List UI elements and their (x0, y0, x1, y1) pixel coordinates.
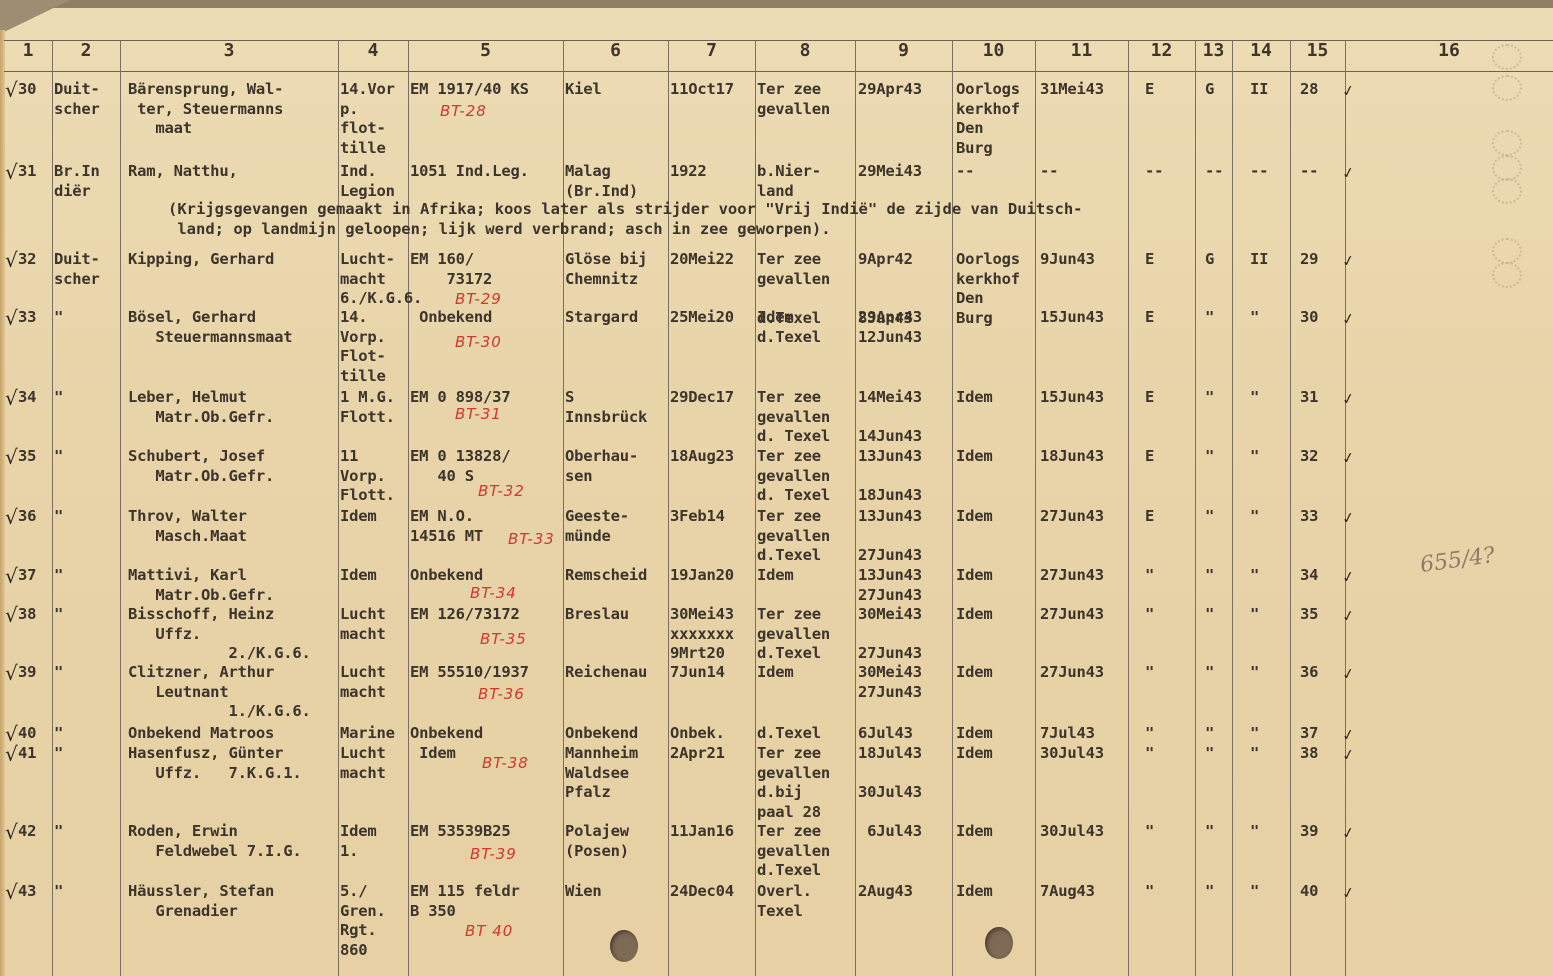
col-14: " (1250, 724, 1259, 744)
burial-place: Idem (956, 507, 993, 527)
col-12: " (1145, 663, 1154, 683)
birthplace: Geeste- münde (565, 507, 629, 546)
birthdate: 29Dec17 (670, 388, 734, 408)
unit: Ind. Legion (340, 162, 395, 201)
column-header-4: 4 (338, 40, 408, 61)
stain-mark (1492, 262, 1522, 288)
bt-annotation: BT-30 (455, 333, 502, 351)
row-number: 41 (18, 744, 36, 764)
birthdate: 20Mei22 (670, 250, 734, 270)
grave-number: 39 (1300, 822, 1318, 842)
id-tag: EM 53539B25 (410, 822, 510, 842)
col-14: " (1250, 663, 1259, 683)
checkmark-icon: √ (5, 820, 18, 844)
id-tag: Idem (410, 744, 456, 764)
stain-mark (1492, 75, 1522, 101)
checkmark-icon: √ (5, 661, 18, 685)
burial-date: 30Jul43 (1040, 822, 1104, 842)
cause-of-death: Idem (757, 566, 794, 586)
unit: Lucht macht (340, 663, 386, 702)
column-rule (563, 40, 564, 976)
id-tag: Onbekend (410, 566, 483, 586)
row-number: 32 (18, 250, 36, 270)
burial-date: 27Jun43 (1040, 566, 1104, 586)
bt-annotation: BT-39 (470, 845, 517, 863)
column-header-5: 5 (408, 40, 563, 61)
nationality: " (54, 744, 63, 764)
grave-number: 37 (1300, 724, 1318, 744)
id-tag: EM 126/73172 (410, 605, 520, 625)
grave-number: 36 (1300, 663, 1318, 683)
unit: 5./ Gren. Rgt. 860 (340, 882, 386, 960)
birthdate: 1922 (670, 162, 707, 182)
nationality: " (54, 605, 63, 625)
birthdate: 19Jan20 (670, 566, 734, 586)
row-number: 30 (18, 80, 36, 100)
bt-annotation: BT-38 (482, 754, 529, 772)
checkmark-icon: √ (5, 248, 18, 272)
nationality: " (54, 822, 63, 842)
cause-of-death: Ter zee gevallen d.Texel (757, 822, 830, 881)
column-header-15: 15 (1290, 40, 1345, 61)
col-14: " (1250, 566, 1259, 586)
date-found: 2Aug43 (858, 882, 913, 902)
col-12: E (1145, 388, 1154, 408)
cause-of-death: Ter zee gevallen d. Texel (757, 447, 830, 506)
col-12: " (1145, 566, 1154, 586)
col-12: E (1145, 80, 1154, 100)
row-number: 43 (18, 882, 36, 902)
checkmark-icon: √ (5, 386, 18, 410)
nationality: " (54, 388, 63, 408)
bt-annotation: BT-35 (480, 630, 527, 648)
bt-annotation: BT-36 (478, 685, 525, 703)
col-14: " (1250, 388, 1259, 408)
col-14: " (1250, 605, 1259, 625)
birthdate: 2Apr21 (670, 744, 725, 764)
col-12: " (1145, 882, 1154, 902)
burial-date: 18Jun43 (1040, 447, 1104, 467)
scanner-background (0, 0, 1553, 8)
col-12: E (1145, 447, 1154, 467)
nationality: Duit- scher (54, 250, 100, 289)
unit: Idem (340, 507, 377, 527)
date-found: 30Mei43 27Jun43 (858, 663, 922, 702)
cause-of-death: d.Texel (757, 724, 821, 744)
cause-of-death: Ter zee gevallen (757, 80, 830, 119)
column-rule (755, 40, 756, 976)
name-rank: Bösel, Gerhard Steuermannsmaat (128, 308, 292, 347)
column-header-3: 3 (120, 40, 338, 61)
grave-number: 31 (1300, 388, 1318, 408)
column-header-1: 1 (4, 40, 52, 61)
burial-date: 7Aug43 (1040, 882, 1095, 902)
birthplace: Oberhau- sen (565, 447, 638, 486)
nationality: " (54, 882, 63, 902)
col-14: II (1250, 250, 1268, 270)
nationality: " (54, 566, 63, 586)
burial-place: Idem (956, 744, 993, 764)
col-13: " (1205, 308, 1214, 328)
id-tag: EM N.O. 14516 MT (410, 507, 483, 546)
stain-mark (1492, 238, 1522, 264)
nationality: Duit- scher (54, 80, 100, 119)
name-rank: Kipping, Gerhard (128, 250, 274, 270)
burial-place: Oorlogs kerkhof Den Burg (956, 250, 1020, 328)
id-tag: 1051 Ind.Leg. (410, 162, 529, 182)
birthdate: 3Feb14 (670, 507, 725, 527)
bt-annotation: BT-34 (470, 584, 517, 602)
checkmark-icon: √ (5, 505, 18, 529)
birthplace: Onbekend (565, 724, 638, 744)
col-12: E (1145, 507, 1154, 527)
column-header-2: 2 (52, 40, 120, 61)
date-found: 13Jun43 18Jun43 (858, 447, 922, 506)
col-13: " (1205, 388, 1214, 408)
column-rule (855, 40, 856, 976)
birthplace: Kiel (565, 80, 602, 100)
cause-of-death: Ter zee gevallen d.Texel (757, 507, 830, 566)
name-rank: Bisschoff, Heinz Uffz. 2./K.G.6. (128, 605, 311, 664)
name-rank: Leber, Helmut Matr.Ob.Gefr. (128, 388, 274, 427)
column-rule (1128, 40, 1129, 976)
birthplace: Remscheid (565, 566, 647, 586)
bt-annotation: BT 40 (465, 922, 513, 940)
birthdate: 18Aug23 (670, 447, 734, 467)
burial-date: 7Jul43 (1040, 724, 1095, 744)
name-rank: Mattivi, Karl Matr.Ob.Gefr. (128, 566, 274, 605)
burial-place: Idem (956, 822, 993, 842)
birthplace: Reichenau (565, 663, 647, 683)
col-12: " (1145, 744, 1154, 764)
unit: 1 M.G. Flott. (340, 388, 395, 427)
col-13: " (1205, 507, 1214, 527)
unit: 11 Vorp. Flott. (340, 447, 395, 506)
stain-mark (1492, 178, 1522, 204)
date-found: 29Apr43 12Jun43 (858, 308, 922, 347)
birthdate: 25Mei20 (670, 308, 734, 328)
bt-annotation: BT-33 (508, 530, 555, 548)
bt-annotation: BT-28 (440, 102, 487, 120)
col-13: " (1205, 882, 1214, 902)
col-13: -- (1205, 162, 1223, 182)
cause-of-death: Ter zee gevallen d.bij paal 28 (757, 744, 830, 822)
birthplace: Stargard (565, 308, 638, 328)
name-rank: Schubert, Josef Matr.Ob.Gefr. (128, 447, 274, 486)
id-tag: EM 115 feldr B 350 (410, 882, 520, 921)
col-12: " (1145, 605, 1154, 625)
grave-number: 33 (1300, 507, 1318, 527)
row-number: 33 (18, 308, 36, 328)
cause-of-death: Overl. Texel (757, 882, 812, 921)
col-13: " (1205, 724, 1214, 744)
col-14: II (1250, 80, 1268, 100)
date-found: 18Jul43 30Jul43 (858, 744, 922, 803)
cause-of-death: Idem d.Texel (757, 308, 821, 347)
column-rule (1035, 40, 1036, 976)
grave-number: 40 (1300, 882, 1318, 902)
name-rank: Throv, Walter Masch.Maat (128, 507, 247, 546)
col-13: " (1205, 566, 1214, 586)
column-header-13: 13 (1195, 40, 1232, 61)
col-14: " (1250, 882, 1259, 902)
column-header-11: 11 (1035, 40, 1128, 61)
grave-number: 34 (1300, 566, 1318, 586)
birthdate: 24Dec04 (670, 882, 734, 902)
burial-date: 31Mei43 (1040, 80, 1104, 100)
unit: Idem 1. (340, 822, 377, 861)
grave-number: 29 (1300, 250, 1318, 270)
col-14: " (1250, 308, 1259, 328)
date-found: 13Jun43 27Jun43 (858, 507, 922, 566)
cause-of-death: Ter zee gevallen d. Texel (757, 388, 830, 447)
row-number: 40 (18, 724, 36, 744)
col-13: " (1205, 744, 1214, 764)
column-header-12: 12 (1128, 40, 1195, 61)
date-found: 14Mei43 14Jun43 (858, 388, 922, 447)
column-rule (1232, 40, 1233, 976)
burial-date: 27Jun43 (1040, 507, 1104, 527)
date-found: 29Apr43 (858, 80, 922, 100)
burial-place: Idem (956, 447, 993, 467)
punch-hole (985, 927, 1013, 959)
birthplace: Malag (Br.Ind) (565, 162, 638, 201)
name-rank: Onbekend Matroos (128, 724, 274, 744)
col-14: " (1250, 507, 1259, 527)
birthplace: Mannheim Waldsee Pfalz (565, 744, 638, 803)
id-tag: EM 160/ 73172 (410, 250, 492, 289)
id-tag: EM 0 13828/ 40 S (410, 447, 510, 486)
row-number: 35 (18, 447, 36, 467)
column-rule (952, 40, 953, 976)
date-found: 30Mei43 27Jun43 (858, 605, 922, 664)
col-13: " (1205, 663, 1214, 683)
name-rank: Ram, Natthu, (128, 162, 238, 182)
name-rank: Hasenfusz, Günter Uffz. 7.K.G.1. (128, 744, 302, 783)
stain-mark (1492, 130, 1522, 156)
checkmark-icon: √ (5, 78, 18, 102)
unit: Idem (340, 566, 377, 586)
row-number: 37 (18, 566, 36, 586)
burial-place: -- (956, 162, 974, 182)
nationality: " (54, 507, 63, 527)
cause-of-death: Idem (757, 663, 794, 683)
id-tag: EM 55510/1937 (410, 663, 529, 683)
name-rank: Häussler, Stefan Grenadier (128, 882, 274, 921)
col-14: " (1250, 822, 1259, 842)
row-number: 39 (18, 663, 36, 683)
col-12: -- (1145, 162, 1163, 182)
col-12: E (1145, 250, 1154, 270)
column-header-8: 8 (755, 40, 855, 61)
bt-annotation: BT-31 (455, 405, 502, 423)
grave-number: 30 (1300, 308, 1318, 328)
checkmark-icon: √ (5, 880, 18, 904)
bt-annotation: BT-32 (478, 482, 525, 500)
stain-mark (1492, 44, 1522, 70)
date-found: 13Jun43 27Jun43 (858, 566, 922, 605)
id-tag: Onbekend (410, 724, 483, 744)
col-13: " (1205, 605, 1214, 625)
birthdate: 7Jun14 (670, 663, 725, 683)
date-found: 29Mei43 (858, 162, 922, 182)
checkmark-icon: √ (5, 160, 18, 184)
remark-note: (Krijgsgevangen gemaakt in Afrika; koos … (168, 200, 1083, 239)
birthplace: Glöse bij Chemnitz (565, 250, 647, 289)
burial-place: Idem (956, 388, 993, 408)
burial-place: Idem (956, 663, 993, 683)
row-number: 38 (18, 605, 36, 625)
nationality: " (54, 308, 63, 328)
birthplace: Wien (565, 882, 602, 902)
column-rule (52, 40, 53, 976)
date-found: 6Jul43 (858, 724, 913, 744)
birthplace: S Innsbrück (565, 388, 647, 427)
burial-date: 9Jun43 (1040, 250, 1095, 270)
name-rank: Clitzner, Arthur Leutnant 1./K.G.6. (128, 663, 311, 722)
grave-number: 32 (1300, 447, 1318, 467)
col-13: " (1205, 822, 1214, 842)
column-rule (668, 40, 669, 976)
burial-place: Oorlogs kerkhof Den Burg (956, 80, 1020, 158)
col-12: " (1145, 822, 1154, 842)
burial-date: 15Jun43 (1040, 388, 1104, 408)
burial-place: Idem (956, 605, 993, 625)
punch-hole (610, 930, 638, 962)
birthdate: 30Mei43 xxxxxxx 9Mrt20 (670, 605, 734, 664)
checkmark-icon: √ (5, 603, 18, 627)
birthdate: 11Oct17 (670, 80, 734, 100)
column-rule (120, 40, 121, 976)
checkmark-icon: √ (5, 445, 18, 469)
row-number: 34 (18, 388, 36, 408)
cause-of-death: b.Nier- land (757, 162, 821, 201)
col-14: -- (1250, 162, 1268, 182)
burial-date: 27Jun43 (1040, 605, 1104, 625)
column-rule (1195, 40, 1196, 976)
unit: 14. Vorp. Flot- tille (340, 308, 386, 386)
folded-corner (0, 0, 70, 34)
column-header-6: 6 (563, 40, 668, 61)
row-number: 31 (18, 162, 36, 182)
row-number: 42 (18, 822, 36, 842)
nationality: Br.In diër (54, 162, 100, 201)
grave-number: 35 (1300, 605, 1318, 625)
burial-place: Idem (956, 882, 993, 902)
col-13: G (1205, 80, 1214, 100)
birthplace: Polajew (Posen) (565, 822, 629, 861)
birthplace: Breslau (565, 605, 629, 625)
column-header-14: 14 (1232, 40, 1290, 61)
burial-date: 15Jun43 (1040, 308, 1104, 328)
column-header-10: 10 (952, 40, 1035, 61)
birthdate: Onbek. (670, 724, 725, 744)
rule-line (4, 71, 1553, 72)
nationality: " (54, 447, 63, 467)
column-header-7: 7 (668, 40, 755, 61)
checkmark-icon: √ (5, 564, 18, 588)
name-rank: Roden, Erwin Feldwebel 7.I.G. (128, 822, 302, 861)
name-rank: Bärensprung, Wal- ter, Steuermanns maat (128, 80, 283, 139)
burial-place: Idem (956, 724, 993, 744)
grave-number: 38 (1300, 744, 1318, 764)
nationality: " (54, 724, 63, 744)
checkmark-icon: √ (5, 742, 18, 766)
burial-date: 27Jun43 (1040, 663, 1104, 683)
grave-number: 28 (1300, 80, 1318, 100)
column-header-9: 9 (855, 40, 952, 61)
col-14: " (1250, 744, 1259, 764)
date-found: 6Jul43 (858, 822, 922, 842)
column-rule (1290, 40, 1291, 976)
id-tag: Onbekend (410, 308, 492, 328)
row-number: 36 (18, 507, 36, 527)
checkmark-icon: √ (5, 306, 18, 330)
nationality: " (54, 663, 63, 683)
unit: Marine (340, 724, 395, 744)
col-14: " (1250, 447, 1259, 467)
col-12: E (1145, 308, 1154, 328)
burial-date: 30Jul43 (1040, 744, 1104, 764)
cause-of-death: Ter zee gevallen d.Texel (757, 605, 830, 664)
birthdate: 11Jan16 (670, 822, 734, 842)
bt-annotation: BT-29 (455, 290, 502, 308)
column-rule (408, 40, 409, 976)
col-12: " (1145, 724, 1154, 744)
col-13: G (1205, 250, 1214, 270)
col-13: " (1205, 447, 1214, 467)
burial-place: Idem (956, 566, 993, 586)
unit: 14.Vor p. flot- tille (340, 80, 395, 158)
column-rule (338, 40, 339, 976)
burial-date: -- (1040, 162, 1058, 182)
grave-number: -- (1300, 162, 1318, 182)
id-tag: EM 1917/40 KS (410, 80, 529, 100)
unit: Lucht macht (340, 605, 386, 644)
unit: Lucht macht (340, 744, 386, 783)
